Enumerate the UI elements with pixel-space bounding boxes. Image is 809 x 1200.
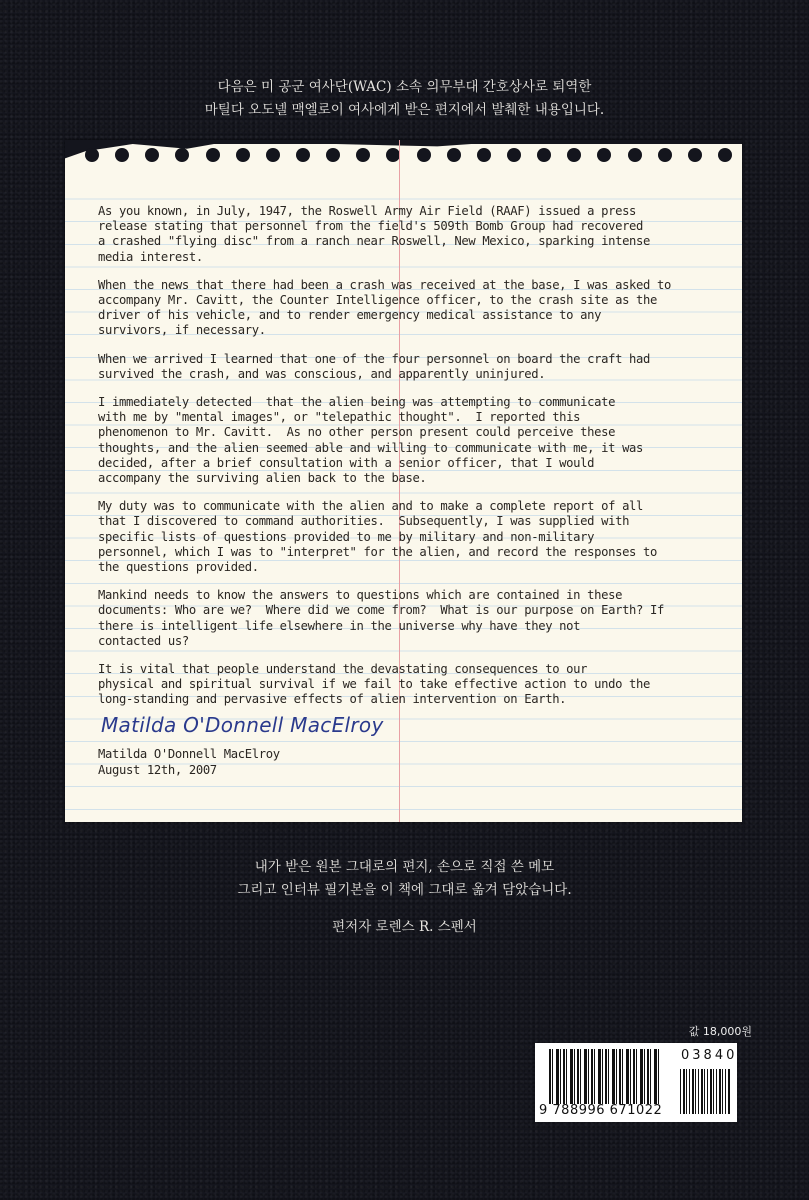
letter-paragraph: When we arrived I learned that one of th… xyxy=(98,352,718,382)
hole-icon xyxy=(296,148,310,162)
hole-icon xyxy=(628,148,642,162)
price-label: 값 18,000원 xyxy=(689,1023,752,1039)
addon-barcode-icon xyxy=(680,1069,730,1114)
hole-icon xyxy=(597,148,611,162)
hole-icon xyxy=(266,148,280,162)
hole-icon xyxy=(236,148,250,162)
hole-icon xyxy=(115,148,129,162)
outro-text: 내가 받은 원본 그대로의 편지, 손으로 직접 쓴 메모 그리고 인터뷰 필기… xyxy=(0,856,809,902)
outro-line-2: 그리고 인터뷰 필기본을 이 책에 그대로 옮겨 담았습니다. xyxy=(0,879,809,902)
perforated-edge xyxy=(65,140,742,168)
intro-line-1: 다음은 미 공군 여사단(WAC) 소속 의무부대 간호상사로 퇴역한 xyxy=(0,76,809,99)
hole-icon xyxy=(356,148,370,162)
hole-icon xyxy=(537,148,551,162)
letter-paragraph: Mankind needs to know the answers to que… xyxy=(98,588,718,649)
outro-line-1: 내가 받은 원본 그대로의 편지, 손으로 직접 쓴 메모 xyxy=(0,856,809,879)
letter-body: As you known, in July, 1947, the Roswell… xyxy=(98,204,718,721)
hole-icon xyxy=(688,148,702,162)
intro-line-2: 마틸다 오도넬 맥엘로이 여사에게 받은 편지에서 발췌한 내용입니다. xyxy=(0,99,809,122)
letter-paragraph: I immediately detected that the alien be… xyxy=(98,395,718,486)
hole-icon xyxy=(145,148,159,162)
handwritten-signature: Matilda O'Donnell MacElroy xyxy=(101,713,384,737)
hole-icon xyxy=(326,148,340,162)
hole-icon xyxy=(507,148,521,162)
notebook-paper: As you known, in July, 1947, the Roswell… xyxy=(65,140,742,822)
signature-block: Matilda O'Donnell MacElroy August 12th, … xyxy=(98,747,280,778)
hole-icon xyxy=(206,148,220,162)
binder-holes xyxy=(85,144,732,166)
letter-date: August 12th, 2007 xyxy=(98,763,280,779)
barcode-icon xyxy=(549,1049,659,1104)
isbn-barcode: 9 788996 671022 03840 xyxy=(535,1043,737,1122)
hole-icon xyxy=(447,148,461,162)
hole-icon xyxy=(718,148,732,162)
addon-code: 03840 xyxy=(681,1048,737,1063)
letter-paragraph: When the news that there had been a cras… xyxy=(98,278,718,339)
letter-paragraph: It is vital that people understand the d… xyxy=(98,662,718,708)
editor-credit: 편저자 로렌스 R. 스펜서 xyxy=(0,915,809,935)
hole-icon xyxy=(85,148,99,162)
letter-paragraph: My duty was to communicate with the alie… xyxy=(98,499,718,575)
hole-icon xyxy=(567,148,581,162)
letter-paragraph: As you known, in July, 1947, the Roswell… xyxy=(98,204,718,265)
intro-text: 다음은 미 공군 여사단(WAC) 소속 의무부대 간호상사로 퇴역한 마틸다 … xyxy=(0,76,809,122)
hole-icon xyxy=(658,148,672,162)
hole-icon xyxy=(477,148,491,162)
hole-icon xyxy=(417,148,431,162)
isbn-number: 9 788996 671022 xyxy=(539,1103,662,1118)
hole-icon xyxy=(175,148,189,162)
typed-name: Matilda O'Donnell MacElroy xyxy=(98,747,280,763)
